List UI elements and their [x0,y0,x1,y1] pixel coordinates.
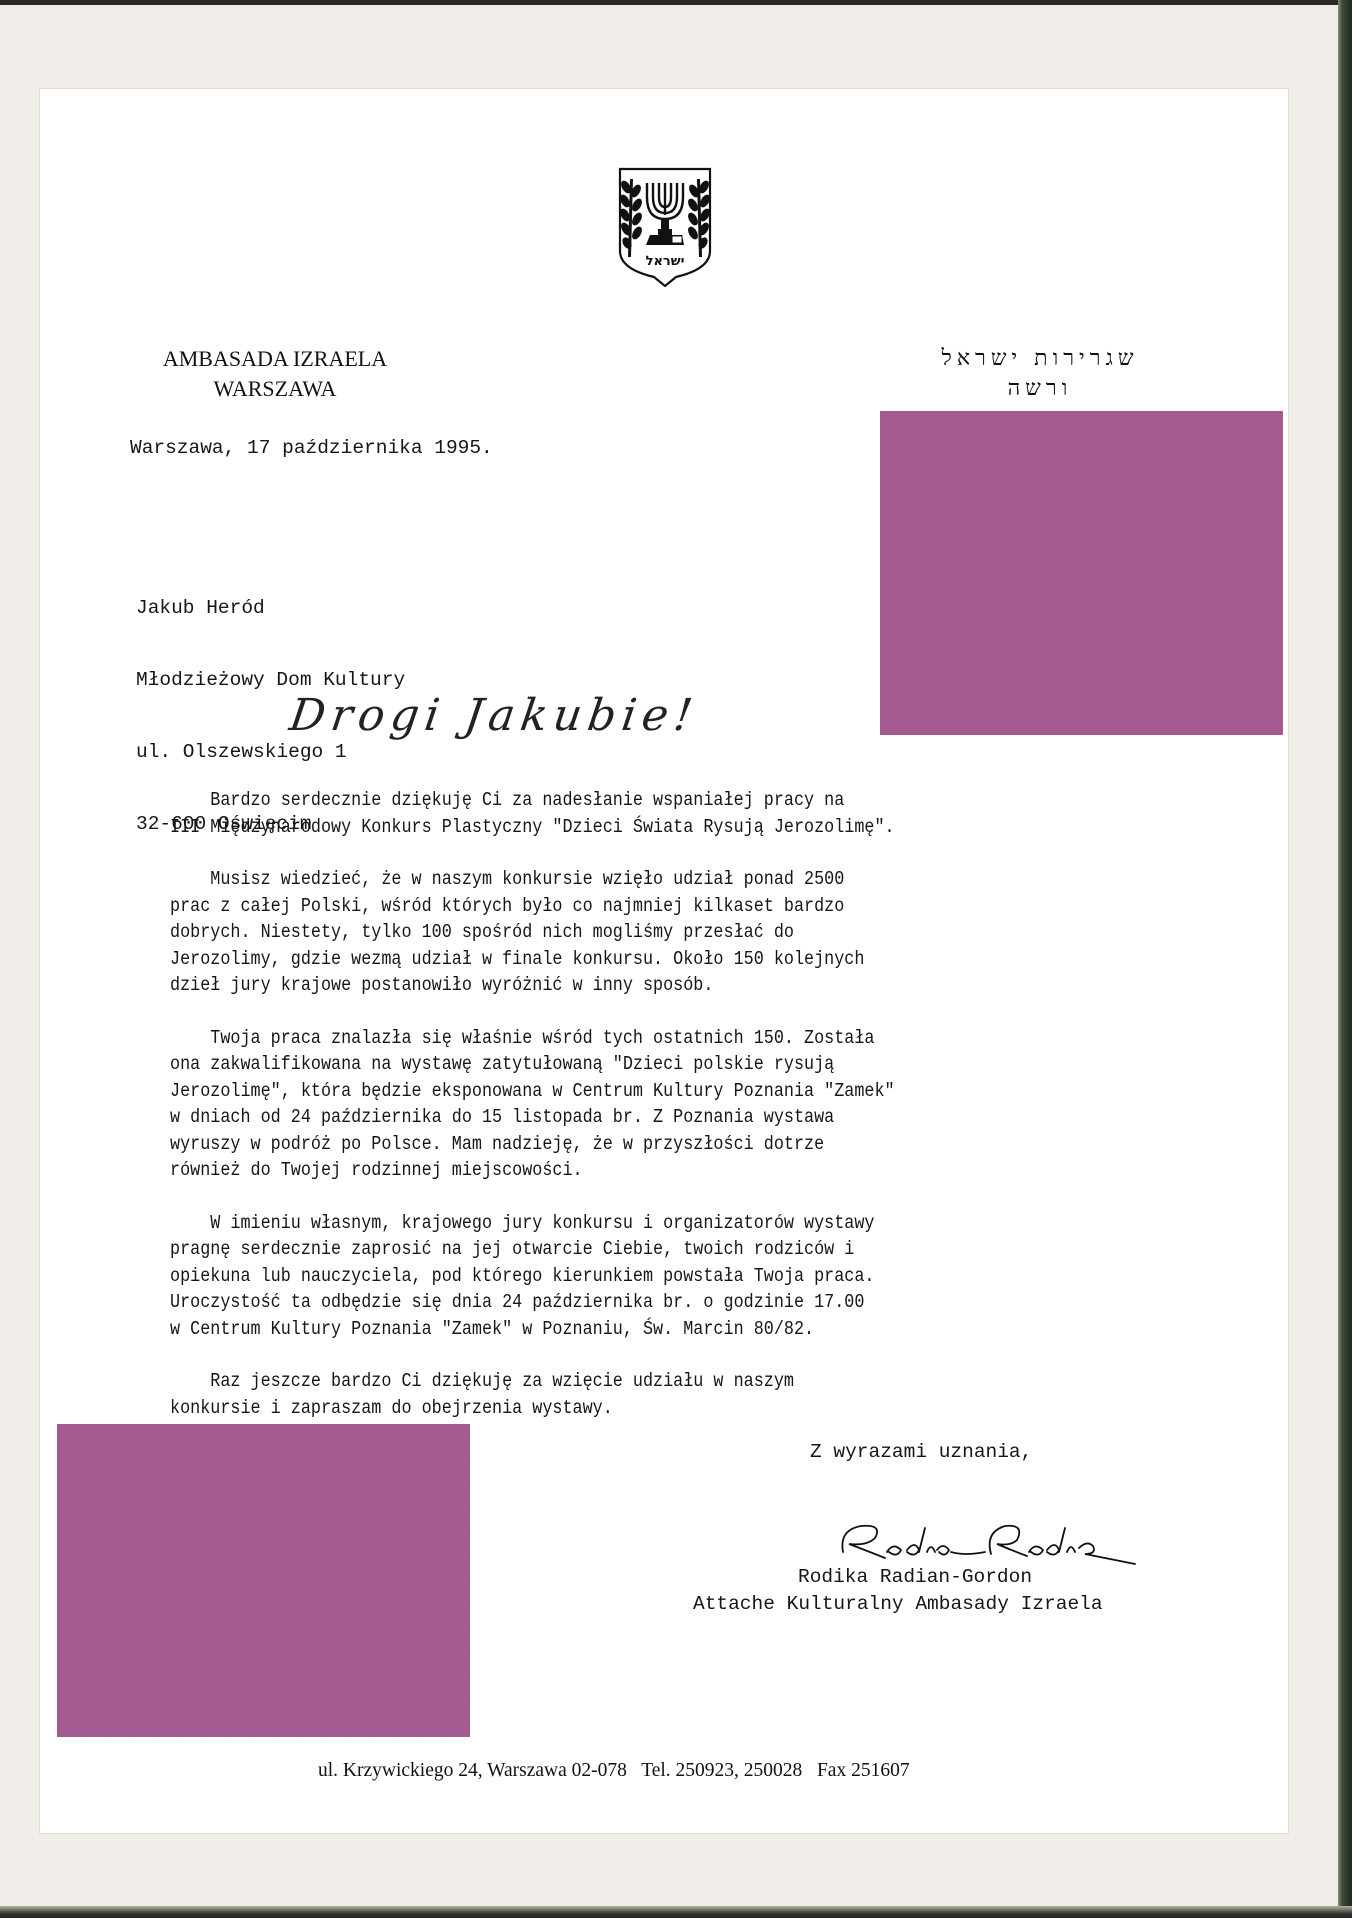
scan-bottom-edge [0,1906,1352,1918]
org-city-he: ורשה [890,374,1190,404]
body-paragraph: Musisz wiedzieć, że w naszym konkursie w… [170,866,1116,999]
body-line: w Centrum Kultury Poznania "Zamek" w Poz… [170,1316,1116,1343]
body-paragraph: W imieniu własnym, krajowego jury konkur… [170,1210,1116,1343]
body-line: wyruszy w podróż po Polsce. Mam nadzieję… [170,1131,1116,1158]
signatory-name: Rodika Radian-Gordon [798,1565,1032,1589]
redacted-area-top-right [880,411,1283,735]
letter-body: Bardzo serdecznie dziękuję Ci za nadesła… [170,787,1116,1447]
body-line: również do Twojej rodzinnej miejscowości… [170,1157,1116,1184]
body-line: dobrych. Niestety, tylko 100 spośród nic… [170,919,1116,946]
emblem-caption: ישראל [646,254,685,269]
closing-line: Z wyrazami uznania, [810,1440,1032,1464]
recipient-name: Jakub Heród [136,596,405,620]
signatory-title: Attache Kulturalny Ambasady Izraela [693,1592,1103,1616]
org-city-pl: WARSZAWA [120,374,430,404]
body-line: opiekuna lub nauczyciela, pod którego ki… [170,1263,1116,1290]
footer-address: ul. Krzywickiego 24, Warszawa 02-078 [318,1760,627,1781]
recipient-institution: Młodzieżowy Dom Kultury [136,668,405,692]
body-line: dzieł jury krajowe postanowiło wyróżnić … [170,972,1116,999]
salutation-text: Drogi Jakubie! [286,690,701,741]
emblem-of-israel-icon: ישראל [616,165,714,287]
body-line: pragnę serdecznie zaprosić na jej otwarc… [170,1236,1116,1263]
body-line: Twoja praca znalazła się właśnie wśród t… [170,1025,1116,1052]
handwritten-signature [835,1512,1145,1572]
body-line: Uroczystość ta odbędzie się dnia 24 paźd… [170,1289,1116,1316]
body-paragraph: Bardzo serdecznie dziękuję Ci za nadesła… [170,787,1116,840]
body-line: ona zakwalifikowana na wystawę zatytułow… [170,1051,1116,1078]
letterhead-hebrew: שגרירות ישראל ורשה [890,344,1190,404]
body-line: Musisz wiedzieć, że w naszym konkursie w… [170,866,1116,893]
org-name-he: שגרירות ישראל [890,344,1190,374]
redacted-area-bottom-left [57,1424,470,1737]
body-paragraph: Twoja praca znalazła się właśnie wśród t… [170,1025,1116,1184]
body-line: w dniach od 24 października do 15 listop… [170,1104,1116,1131]
body-paragraph: Raz jeszcze bardzo Ci dziękuję za wzięci… [170,1368,1116,1421]
body-line: III Międzynarodowy Konkurs Plastyczny "D… [170,814,1116,841]
body-line: W imieniu własnym, krajowego jury konkur… [170,1210,1116,1237]
footer-fax: Fax 251607 [817,1760,910,1781]
body-line: Raz jeszcze bardzo Ci dziękuję za wzięci… [170,1368,1116,1395]
org-name-pl: AMBASADA IZRAELA [120,344,430,374]
footer-tel: Tel. 250923, 250028 [641,1760,802,1781]
letterhead-footer: ul. Krzywickiego 24, Warszawa 02-078 Tel… [318,1760,1078,1782]
body-line: Bardzo serdecznie dziękuję Ci za nadesła… [170,787,1116,814]
body-line: Jerozolimę", która będzie eksponowana w … [170,1078,1116,1105]
body-line: Jerozolimy, gdzie wezmą udział w finale … [170,946,1116,973]
handwritten-salutation: Drogi Jakubie! [290,690,710,770]
date-line: Warszawa, 17 października 1995. [130,436,493,460]
letterhead-polish: AMBASADA IZRAELA WARSZAWA [120,344,430,404]
body-line: prac z całej Polski, wśród których było … [170,893,1116,920]
album-binder-edge [1338,0,1352,1918]
body-line: konkursie i zapraszam do obejrzenia wyst… [170,1395,1116,1422]
